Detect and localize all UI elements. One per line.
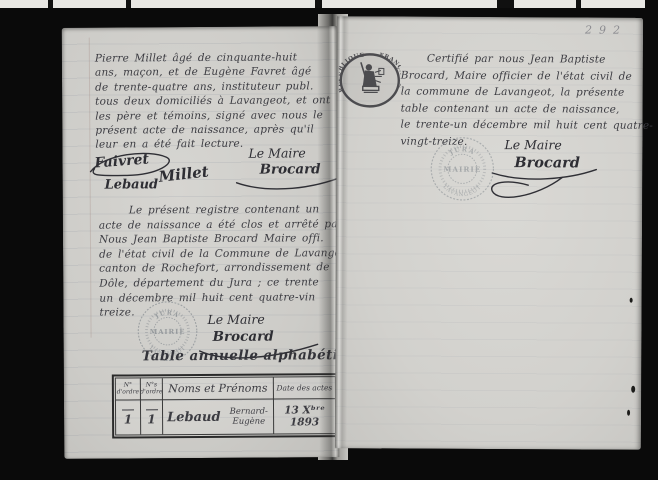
handwritten-line: table contenant un acte de naissance, — [401, 100, 654, 118]
scanner-edge-mark — [126, 0, 131, 8]
table-cell-act: 1 — [141, 400, 163, 434]
handwritten-line: Le présent registre contenant un — [99, 202, 356, 218]
witness-signature-lebaud: Lebaud — [105, 177, 159, 192]
maire-title: Le Maire — [207, 312, 264, 327]
scanner-edge-mark — [48, 0, 53, 8]
table-title: Table annuelle alphabétique — [142, 347, 368, 364]
table-header-order: N° d'ordre — [116, 378, 141, 400]
scanner-edge-mark — [315, 0, 322, 8]
handwritten-line: canton de Rochefort, arrondissement de — [99, 260, 356, 276]
handwritten-line: les père et témoins, signé avec nous le — [95, 108, 330, 124]
act-number: 1 — [147, 412, 155, 426]
handwritten-line: présent acte de naissance, après qu'il — [95, 122, 330, 138]
paper-speck — [631, 386, 635, 393]
handwritten-line: Certifié par nous Jean Baptiste — [401, 51, 654, 69]
svg-text:JURA: JURA — [448, 146, 477, 157]
scanner-edge-strip — [0, 0, 645, 8]
handwritten-line: Brocard, Maire officier de l'état civil … — [401, 67, 654, 85]
handwritten-line: Dôle, département du Jura ; ce trente — [99, 275, 356, 291]
maire-title: Le Maire — [248, 145, 305, 160]
handwritten-line: acte de naissance a été clos et arrêté p… — [99, 217, 356, 233]
left-page: Pierre Millet âgé de cinquante-huit ans,… — [62, 26, 340, 459]
table-cell-date: 13 Xᵇʳᵉ 1893 — [274, 399, 335, 433]
svg-text:JURA: JURA — [153, 309, 180, 320]
handwritten-line: ans, maçon, et de Eugène Favret âgé — [95, 65, 330, 81]
paper-speck — [630, 298, 633, 303]
table-header-date: Date des actes — [274, 377, 335, 399]
scanner-edge-mark — [576, 0, 581, 8]
scanned-register-page: Pierre Millet âgé de cinquante-huit ans,… — [0, 0, 658, 480]
mairie-round-stamp: JURA MAIRIE LAVANGEOT — [428, 135, 496, 203]
annual-index-table: N° d'ordre N°s d'ordre Noms et Prénoms D… — [112, 373, 339, 438]
handwritten-line: Nous Jean Baptiste Brocard Maire offi. — [99, 231, 356, 247]
right-page: 292 RÉPUBLIQUE FRANÇAISE — [335, 16, 643, 450]
table-cell-order: 1 — [116, 400, 141, 434]
act-closing-paragraph: Pierre Millet âgé de cinquante-huit ans,… — [95, 50, 331, 152]
signature-flourish — [235, 174, 343, 197]
dash-mark — [122, 409, 134, 410]
handwritten-line: Pierre Millet âgé de cinquante-huit — [95, 50, 330, 66]
surname: Lebaud — [167, 409, 221, 424]
forenames: Bernard-Eugène — [224, 407, 273, 427]
dash-mark — [146, 409, 158, 410]
handwritten-line: de trente-quatre ans, instituteur publ. — [95, 79, 330, 95]
stamp-center-text: MAIRIE — [443, 165, 481, 174]
table-header-act: N°s d'ordre — [141, 378, 163, 400]
page-number: 292 — [585, 24, 627, 37]
scanner-edge-mark — [497, 0, 514, 8]
paper-speck — [627, 410, 630, 416]
margin-rule — [89, 38, 92, 338]
table-header-names: Noms et Prénoms — [163, 378, 274, 401]
handwritten-line: de l'état civil de la Commune de Lavange… — [99, 246, 356, 262]
republique-francaise-stamp: RÉPUBLIQUE FRANÇAISE — [339, 52, 401, 108]
stamp-top-text: JURA — [153, 309, 180, 320]
handwritten-line: tous deux domiciliés à Lavangeot, et ont — [95, 93, 330, 109]
signature-flourish — [484, 167, 602, 208]
table-cell-name: Lebaud Bernard-Eugène — [163, 400, 274, 435]
handwritten-line: le trente-un décembre mil huit cent quat… — [401, 117, 654, 135]
handwritten-line: la commune de Lavangeot, la présente — [401, 84, 654, 102]
maire-title: Le Maire — [504, 137, 561, 152]
table-grid: N° d'ordre N°s d'ordre Noms et Prénoms D… — [115, 376, 336, 435]
order-number: 1 — [124, 412, 132, 426]
stamp-top-text: JURA — [448, 146, 477, 157]
stamp-center-text: MAIRIE — [150, 328, 186, 336]
